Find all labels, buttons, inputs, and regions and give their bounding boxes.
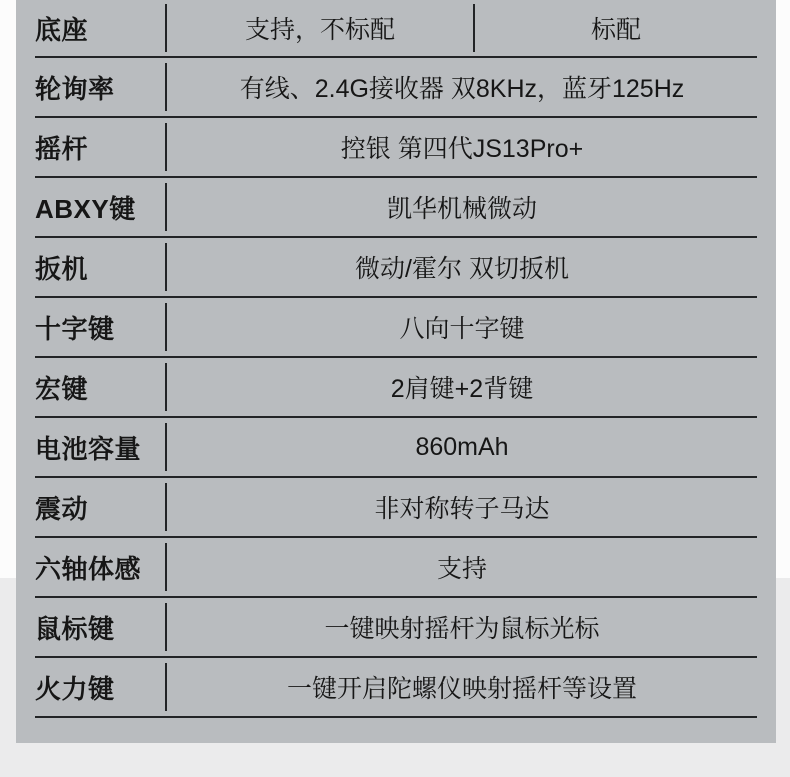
- table-row-dpad: 十字键 八向十字键: [35, 298, 757, 358]
- spec-label: 电池容量: [35, 429, 165, 466]
- spec-value: 八向十字键: [167, 309, 757, 345]
- spec-panel: 底座 支持，不标配 标配 轮询率 有线、2.4G接收器 双8KHz，蓝牙125H…: [16, 0, 776, 743]
- spec-table: 底座 支持，不标配 标配 轮询率 有线、2.4G接收器 双8KHz，蓝牙125H…: [35, 0, 757, 718]
- spec-label: 六轴体感: [35, 549, 165, 586]
- spec-value: 非对称转子马达: [167, 489, 757, 525]
- table-row-abxy: ABXY键 凯华机械微动: [35, 178, 757, 238]
- spec-value: 标配: [475, 10, 757, 46]
- table-row-gyro: 六轴体感 支持: [35, 538, 757, 598]
- table-row-joystick: 摇杆 控银 第四代JS13Pro+: [35, 118, 757, 178]
- spec-value: 一键映射摇杆为鼠标光标: [167, 609, 757, 645]
- spec-value: 860mAh: [167, 433, 757, 462]
- spec-label: 底座: [35, 10, 165, 47]
- table-row-macro-keys: 宏键 2肩键+2背键: [35, 358, 757, 418]
- spec-value: 凯华机械微动: [167, 189, 757, 225]
- spec-label: 震动: [35, 489, 165, 526]
- spec-value: 支持，不标配: [167, 10, 473, 46]
- spec-value: 支持: [167, 549, 757, 585]
- spec-value: 微动/霍尔 双切扳机: [167, 249, 757, 285]
- spec-label: 摇杆: [35, 129, 165, 166]
- spec-value: 控银 第四代JS13Pro+: [167, 129, 757, 165]
- spec-label: 宏键: [35, 369, 165, 406]
- spec-value: 一键开启陀螺仪映射摇杆等设置: [167, 669, 757, 705]
- spec-label: 鼠标键: [35, 609, 165, 646]
- table-row-battery: 电池容量 860mAh: [35, 418, 757, 478]
- table-row-polling-rate: 轮询率 有线、2.4G接收器 双8KHz，蓝牙125Hz: [35, 58, 757, 118]
- table-row-trigger: 扳机 微动/霍尔 双切扳机: [35, 238, 757, 298]
- table-row-vibration: 震动 非对称转子马达: [35, 478, 757, 538]
- spec-label: ABXY键: [35, 189, 165, 226]
- spec-label: 轮询率: [35, 69, 165, 106]
- spec-label: 扳机: [35, 249, 165, 286]
- table-row-base: 底座 支持，不标配 标配: [35, 0, 757, 58]
- table-row-fire-key: 火力键 一键开启陀螺仪映射摇杆等设置: [35, 658, 757, 718]
- spec-label: 十字键: [35, 309, 165, 346]
- spec-value: 有线、2.4G接收器 双8KHz，蓝牙125Hz: [167, 69, 757, 105]
- table-row-mouse-key: 鼠标键 一键映射摇杆为鼠标光标: [35, 598, 757, 658]
- spec-label: 火力键: [35, 669, 165, 706]
- spec-value: 2肩键+2背键: [167, 369, 757, 405]
